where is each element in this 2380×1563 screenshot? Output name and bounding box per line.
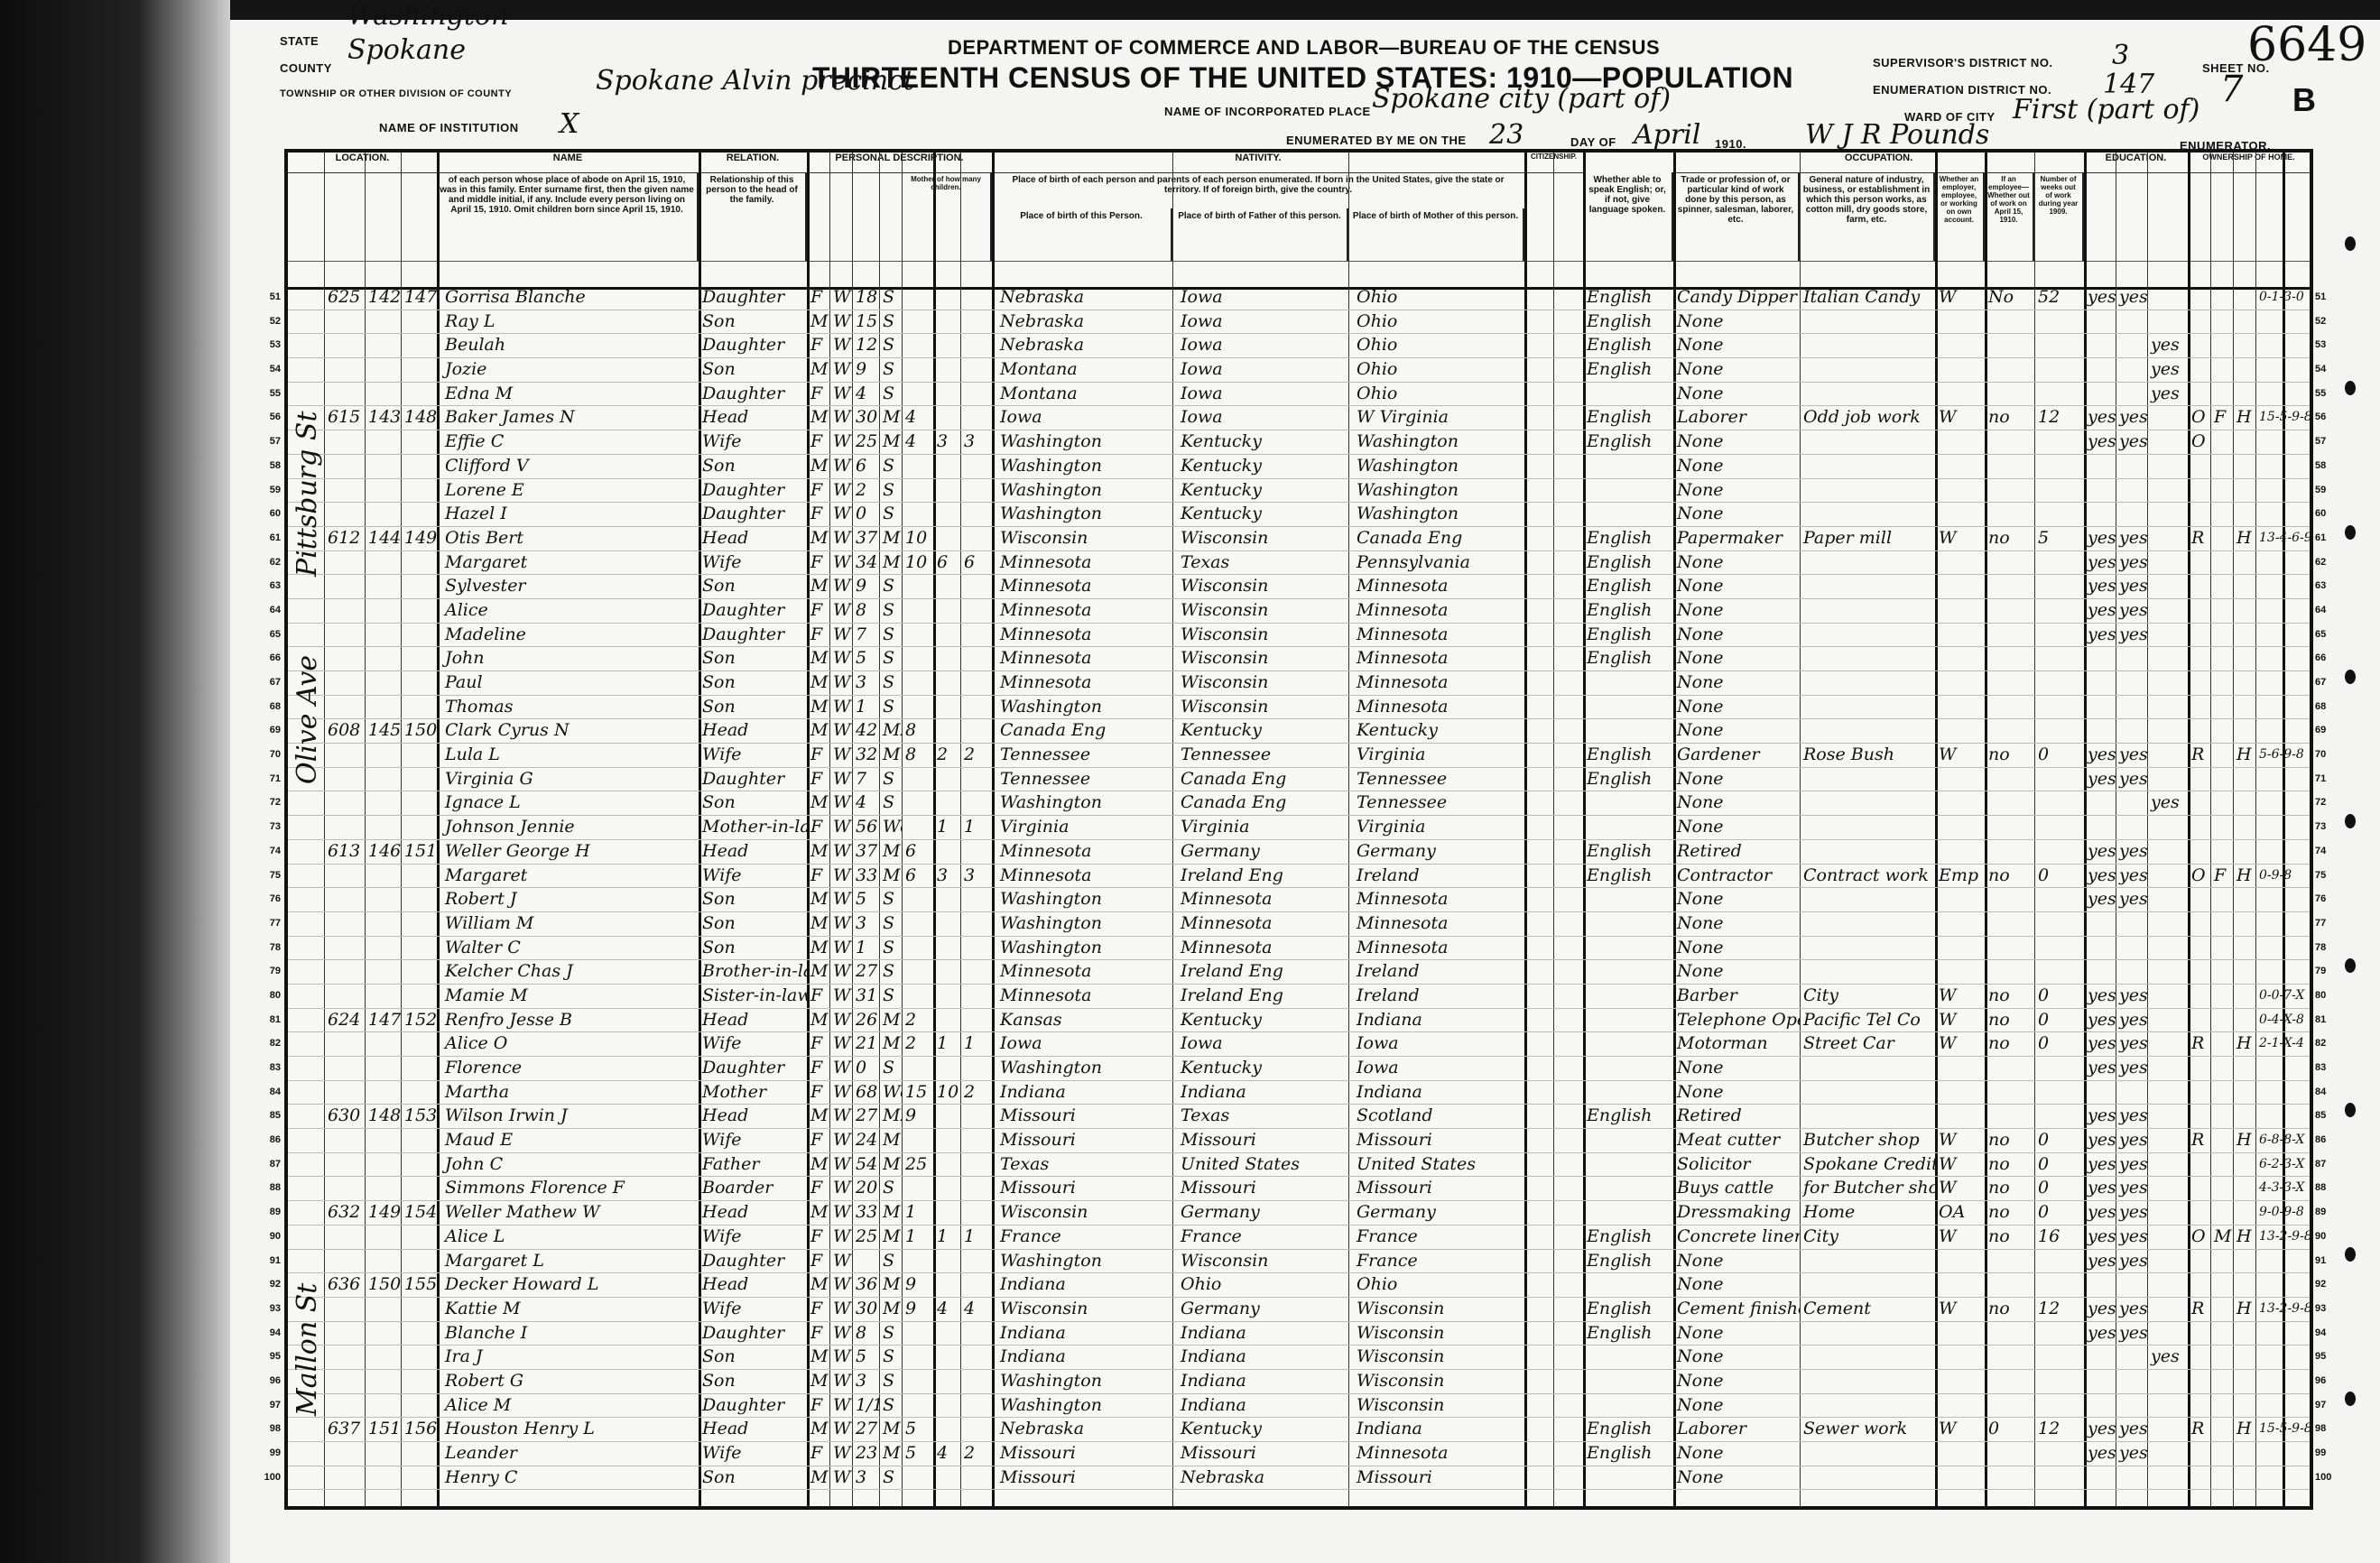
schedule-codes [2255, 310, 2310, 334]
relation: Daughter [699, 768, 807, 791]
out-of-work [1985, 1346, 2034, 1369]
weeks-out: 0 [2034, 1153, 2084, 1177]
owned-rented [2188, 1394, 2210, 1418]
owned-rented [2188, 719, 2210, 743]
farm-house: H [2233, 1032, 2255, 1056]
farm-house [2233, 1273, 2255, 1297]
weeks-out: 0 [2034, 1009, 2084, 1032]
owned-rented [2188, 1057, 2210, 1080]
trade: None [1673, 334, 1800, 357]
binding-hole [2345, 814, 2356, 828]
census-row: 72 Ignace L Son M W 4 S Washington Canad… [288, 791, 2310, 816]
trade: Candy Dipper [1673, 286, 1800, 310]
line-number: 94 [254, 1322, 281, 1345]
employer-status [1935, 1273, 1985, 1297]
free-mortgaged: F [2210, 406, 2233, 430]
mother-birthplace: Ireland [1353, 985, 1524, 1008]
schedule-codes [2255, 840, 2310, 864]
industry [1800, 960, 1935, 984]
weeks-out: 52 [2034, 286, 2084, 310]
family-number [401, 1466, 437, 1490]
census-row: 52 Ray L Son M W 15 S Nebraska Iowa Ohio… [288, 310, 2310, 335]
free-mortgaged [2210, 1032, 2233, 1056]
weeks-out: 0 [2034, 1177, 2084, 1200]
sex: F [807, 1129, 829, 1152]
mother-birthplace: United States [1353, 1153, 1524, 1177]
trade: Laborer [1673, 1418, 1800, 1441]
age: 25 [852, 1225, 879, 1249]
house-number: 636 [324, 1273, 365, 1297]
mother-birthplace: Ohio [1353, 383, 1524, 406]
trade: Dressmaking [1673, 1201, 1800, 1225]
race: W [829, 406, 852, 430]
children-living [960, 1105, 992, 1128]
language-header: Whether able to speak English; or, if no… [1583, 172, 1673, 261]
binding-hole [2345, 525, 2356, 540]
years-married [902, 1129, 933, 1152]
schedule-codes: 13-2-9-8 [2255, 1225, 2310, 1249]
dwelling-number [365, 599, 401, 623]
person-name: Weller George H [441, 840, 699, 864]
children-born [933, 1177, 960, 1200]
person-name: Edna M [441, 383, 699, 406]
marital-status: M1 [879, 1298, 902, 1321]
marital-status: S [879, 768, 902, 791]
birthplace: Missouri [996, 1105, 1172, 1128]
line-number-right: 96 [2315, 1370, 2342, 1392]
can-read: yes [2084, 768, 2116, 791]
free-mortgaged: F [2210, 865, 2233, 888]
out-of-work [1985, 430, 2034, 454]
can-write [2116, 1273, 2147, 1297]
industry [1800, 1105, 1935, 1128]
age: 9 [852, 575, 879, 598]
can-write [2116, 310, 2147, 334]
mother-birthplace: Missouri [1353, 1129, 1524, 1152]
attended-school [2147, 1081, 2188, 1105]
birthplace: Washington [996, 479, 1172, 503]
can-read [2084, 310, 2116, 334]
weeks-out [2034, 430, 2084, 454]
marital-status: M1 [879, 1129, 902, 1152]
years-married: 5 [902, 1442, 933, 1466]
race: W [829, 696, 852, 719]
can-write [2116, 816, 2147, 839]
race: W [829, 1009, 852, 1032]
father-birthplace: Wisconsin [1177, 575, 1348, 598]
children-living [960, 1273, 992, 1297]
dwelling-number: 149 [365, 1201, 401, 1225]
attended-school: yes [2147, 383, 2188, 406]
race: W [829, 1225, 852, 1249]
father-birthplace: Wisconsin [1177, 671, 1348, 695]
birthplace: Washington [996, 1250, 1172, 1273]
farm-house [2233, 719, 2255, 743]
age: 0 [852, 503, 879, 526]
children-living [960, 1153, 992, 1177]
free-mortgaged [2210, 1298, 2233, 1321]
out-of-work [1985, 1057, 2034, 1080]
children-born: 1 [933, 1032, 960, 1056]
years-married [902, 1322, 933, 1346]
line-number-right: 64 [2315, 599, 2342, 622]
trade: None [1673, 503, 1800, 526]
mother-birthplace: Ohio [1353, 286, 1524, 310]
owned-rented [2188, 1177, 2210, 1200]
race: W [829, 960, 852, 984]
years-married: 8 [902, 744, 933, 767]
sex: M [807, 358, 829, 382]
farm-house [2233, 840, 2255, 864]
section-location: LOCATION. [288, 153, 437, 173]
mother-birthplace: Canada Eng [1353, 527, 1524, 550]
weeks-out: 0 [2034, 865, 2084, 888]
race: W [829, 1298, 852, 1321]
sex: M [807, 719, 829, 743]
can-write [2116, 719, 2147, 743]
dwelling-number [365, 1466, 401, 1490]
marital-status: M1 [879, 1273, 902, 1297]
relation: Wife [699, 1442, 807, 1466]
age: 30 [852, 1298, 879, 1321]
family-number [401, 985, 437, 1008]
farm-house [2233, 383, 2255, 406]
free-mortgaged [2210, 286, 2233, 310]
employer-status [1935, 383, 1985, 406]
house-number [324, 1442, 365, 1466]
age: 5 [852, 1346, 879, 1369]
farm-house [2233, 696, 2255, 719]
line-number: 61 [254, 527, 281, 550]
can-write [2116, 647, 2147, 671]
attended-school [2147, 1322, 2188, 1346]
marital-status: S [879, 985, 902, 1008]
census-row: 71 Virginia G Daughter F W 7 S Tennessee… [288, 768, 2310, 792]
children-born [933, 624, 960, 647]
person-name: Houston Henry L [441, 1418, 699, 1441]
farm-house [2233, 1153, 2255, 1177]
line-number-right: 51 [2315, 286, 2342, 309]
language [1583, 1009, 1673, 1032]
can-write [2116, 1346, 2147, 1369]
line-number-right: 53 [2315, 334, 2342, 356]
sex: F [807, 816, 829, 839]
attended-school [2147, 696, 2188, 719]
children-living [960, 647, 992, 671]
father-birthplace: Indiana [1177, 1370, 1348, 1393]
family-number [401, 1322, 437, 1346]
family-number [401, 599, 437, 623]
children-living [960, 310, 992, 334]
employer-status [1935, 768, 1985, 791]
family-number [401, 503, 437, 526]
years-married: 9 [902, 1105, 933, 1128]
sex: F [807, 1394, 829, 1418]
family-number [401, 455, 437, 478]
census-row: 60 Hazel I Daughter F W 0 S Washington K… [288, 503, 2310, 527]
relation: Wife [699, 865, 807, 888]
children-living [960, 960, 992, 984]
sex: F [807, 1442, 829, 1466]
weeks-out [2034, 1394, 2084, 1418]
family-number [401, 310, 437, 334]
can-write [2116, 960, 2147, 984]
owned-rented [2188, 599, 2210, 623]
marital-status: S [879, 383, 902, 406]
family-number [401, 1346, 437, 1369]
dwelling-number: 147 [365, 1009, 401, 1032]
employer-status [1935, 791, 1985, 815]
race: W [829, 1346, 852, 1369]
dwelling-number [365, 551, 401, 575]
line-number-right: 54 [2315, 358, 2342, 381]
years-married [902, 334, 933, 357]
mother-birthplace: Minnesota [1353, 599, 1524, 623]
census-row: 79 Kelcher Chas J Brother-in-law M W 27 … [288, 960, 2310, 985]
farm-house [2233, 1370, 2255, 1393]
line-number-right: 82 [2315, 1032, 2342, 1055]
can-read: yes [2084, 985, 2116, 1008]
house-number [324, 768, 365, 791]
children-born: 4 [933, 1298, 960, 1321]
age: 12 [852, 334, 879, 357]
farm-house: H [2233, 1225, 2255, 1249]
line-number-right: 84 [2315, 1081, 2342, 1104]
dwelling-number [365, 985, 401, 1008]
marital-status: S [879, 1370, 902, 1393]
attended-school [2147, 1129, 2188, 1152]
race: W [829, 334, 852, 357]
children-living [960, 599, 992, 623]
relation: Daughter [699, 479, 807, 503]
marital-status: M1 [879, 1009, 902, 1032]
family-number [401, 624, 437, 647]
institution-value: X [560, 108, 579, 140]
line-number-right: 67 [2315, 671, 2342, 694]
schedule-codes [2255, 430, 2310, 454]
schedule-codes [2255, 1394, 2310, 1418]
family-number [401, 1177, 437, 1200]
schedule-codes [2255, 383, 2310, 406]
schedule-codes [2255, 1250, 2310, 1273]
children-born [933, 1250, 960, 1273]
farm-house [2233, 1442, 2255, 1466]
house-number [324, 1394, 365, 1418]
sex: F [807, 865, 829, 888]
family-number [401, 647, 437, 671]
weeks-out [2034, 503, 2084, 526]
relation: Head [699, 1201, 807, 1225]
relation: Wife [699, 1032, 807, 1056]
line-number: 75 [254, 865, 281, 887]
can-write [2116, 671, 2147, 695]
schedule-codes [2255, 551, 2310, 575]
years-married [902, 575, 933, 598]
employer-status [1935, 1466, 1985, 1490]
farm-house [2233, 575, 2255, 598]
industry [1800, 310, 1935, 334]
weeks-out [2034, 1273, 2084, 1297]
can-read: yes [2084, 1057, 2116, 1080]
can-read: yes [2084, 1177, 2116, 1200]
children-born [933, 1418, 960, 1441]
father-birthplace: Kentucky [1177, 455, 1348, 478]
children-born [933, 1057, 960, 1080]
owned-rented [2188, 1273, 2210, 1297]
trade: None [1673, 479, 1800, 503]
attended-school [2147, 1057, 2188, 1080]
children-living [960, 985, 992, 1008]
farm-house [2233, 430, 2255, 454]
industry [1800, 479, 1935, 503]
employer-status [1935, 1322, 1985, 1346]
name-column-header: of each person whose place of abode on A… [437, 172, 699, 261]
can-read [2084, 334, 2116, 357]
line-number: 64 [254, 599, 281, 622]
schedule-codes: 6-8-8-X [2255, 1129, 2310, 1152]
farm-house [2233, 1322, 2255, 1346]
years-married: 8 [902, 719, 933, 743]
weeks-out [2034, 768, 2084, 791]
owned-rented [2188, 1105, 2210, 1128]
scan-left-border [0, 0, 230, 1563]
sex: M [807, 912, 829, 936]
can-write: yes [2116, 575, 2147, 598]
birthplace: Minnesota [996, 840, 1172, 864]
industry: Contract work [1800, 865, 1935, 888]
can-read [2084, 816, 2116, 839]
mother-birthplace: France [1353, 1250, 1524, 1273]
marital-status: M1 [879, 430, 902, 454]
sex: F [807, 768, 829, 791]
weeks-out [2034, 1105, 2084, 1128]
out-of-work [1985, 912, 2034, 936]
birthplace: Washington [996, 696, 1172, 719]
trade: None [1673, 455, 1800, 478]
employer-status: W [1935, 1009, 1985, 1032]
census-row: 100 Henry C Son M W 3 S Missouri Nebrask… [288, 1466, 2310, 1491]
schedule-codes [2255, 1273, 2310, 1297]
binding-hole [2345, 236, 2356, 251]
father-birthplace: Wisconsin [1177, 647, 1348, 671]
schedule-codes [2255, 334, 2310, 357]
can-write [2116, 358, 2147, 382]
age: 18 [852, 286, 879, 310]
can-read: yes [2084, 430, 2116, 454]
person-name: Margaret L [441, 1250, 699, 1273]
line-number: 86 [254, 1129, 281, 1151]
out-of-work [1985, 624, 2034, 647]
free-mortgaged [2210, 840, 2233, 864]
can-read [2084, 719, 2116, 743]
owned-rented: O [2188, 406, 2210, 430]
mother-birthplace: Wisconsin [1353, 1370, 1524, 1393]
employer-status [1935, 647, 1985, 671]
person-name: John C [441, 1153, 699, 1177]
relation: Son [699, 1370, 807, 1393]
race: W [829, 744, 852, 767]
mother-birthplace: Indiana [1353, 1009, 1524, 1032]
industry [1800, 383, 1935, 406]
father-birthplace: Wisconsin [1177, 1250, 1348, 1273]
dwelling-number [365, 960, 401, 984]
person-name: Kattie M [441, 1298, 699, 1321]
mother-birthplace: Virginia [1353, 744, 1524, 767]
house-number [324, 334, 365, 357]
trade: None [1673, 768, 1800, 791]
language [1583, 985, 1673, 1008]
family-number [401, 1370, 437, 1393]
mother-birthplace: Washington [1353, 479, 1524, 503]
employer-status [1935, 888, 1985, 911]
farm-house: H [2233, 527, 2255, 550]
attended-school [2147, 1442, 2188, 1466]
trade: Laborer [1673, 406, 1800, 430]
can-write: yes [2116, 1177, 2147, 1200]
employer-status [1935, 1081, 1985, 1105]
trade: None [1673, 888, 1800, 911]
family-number [401, 1081, 437, 1105]
dwelling-number [365, 310, 401, 334]
line-number-right: 78 [2315, 937, 2342, 959]
person-name: Robert J [441, 888, 699, 911]
farm-house [2233, 671, 2255, 695]
line-number-right: 87 [2315, 1153, 2342, 1176]
age: 27 [852, 1105, 879, 1128]
census-row: 68 Thomas Son M W 1 S Washington Wiscons… [288, 696, 2310, 720]
children-born [933, 1105, 960, 1128]
census-row: 95 Ira J Son M W 5 S Indiana Indiana Wis… [288, 1346, 2310, 1370]
can-read: yes [2084, 599, 2116, 623]
birthplace: Montana [996, 358, 1172, 382]
can-write: yes [2116, 1225, 2147, 1249]
weeks-out [2034, 719, 2084, 743]
marital-status: S [879, 503, 902, 526]
relation: Son [699, 937, 807, 960]
family-number [401, 671, 437, 695]
children-born [933, 310, 960, 334]
census-row: 82 Alice O Wife F W 21 M1 2 1 1 Iowa Iow… [288, 1032, 2310, 1057]
age: 8 [852, 1322, 879, 1346]
children-born [933, 1201, 960, 1225]
line-number: 77 [254, 912, 281, 935]
free-mortgaged [2210, 383, 2233, 406]
industry [1800, 1081, 1935, 1105]
race: W [829, 1273, 852, 1297]
out-of-work [1985, 671, 2034, 695]
age: 23 [852, 1442, 879, 1466]
dwelling-number [365, 430, 401, 454]
sex: F [807, 1057, 829, 1080]
sex: M [807, 527, 829, 550]
weeks-out: 12 [2034, 406, 2084, 430]
trade: None [1673, 671, 1800, 695]
house-number [324, 791, 365, 815]
language [1583, 1032, 1673, 1056]
person-name: Beulah [441, 334, 699, 357]
age: 30 [852, 406, 879, 430]
race: W [829, 671, 852, 695]
free-mortgaged [2210, 1201, 2233, 1225]
birthplace: Iowa [996, 1032, 1172, 1056]
house-number [324, 1370, 365, 1393]
weeks-out: 12 [2034, 1418, 2084, 1441]
family-number: 150 [401, 719, 437, 743]
weeks-out: 16 [2034, 1225, 2084, 1249]
marital-status: S [879, 671, 902, 695]
relation: Daughter [699, 334, 807, 357]
line-number-right: 75 [2315, 865, 2342, 887]
